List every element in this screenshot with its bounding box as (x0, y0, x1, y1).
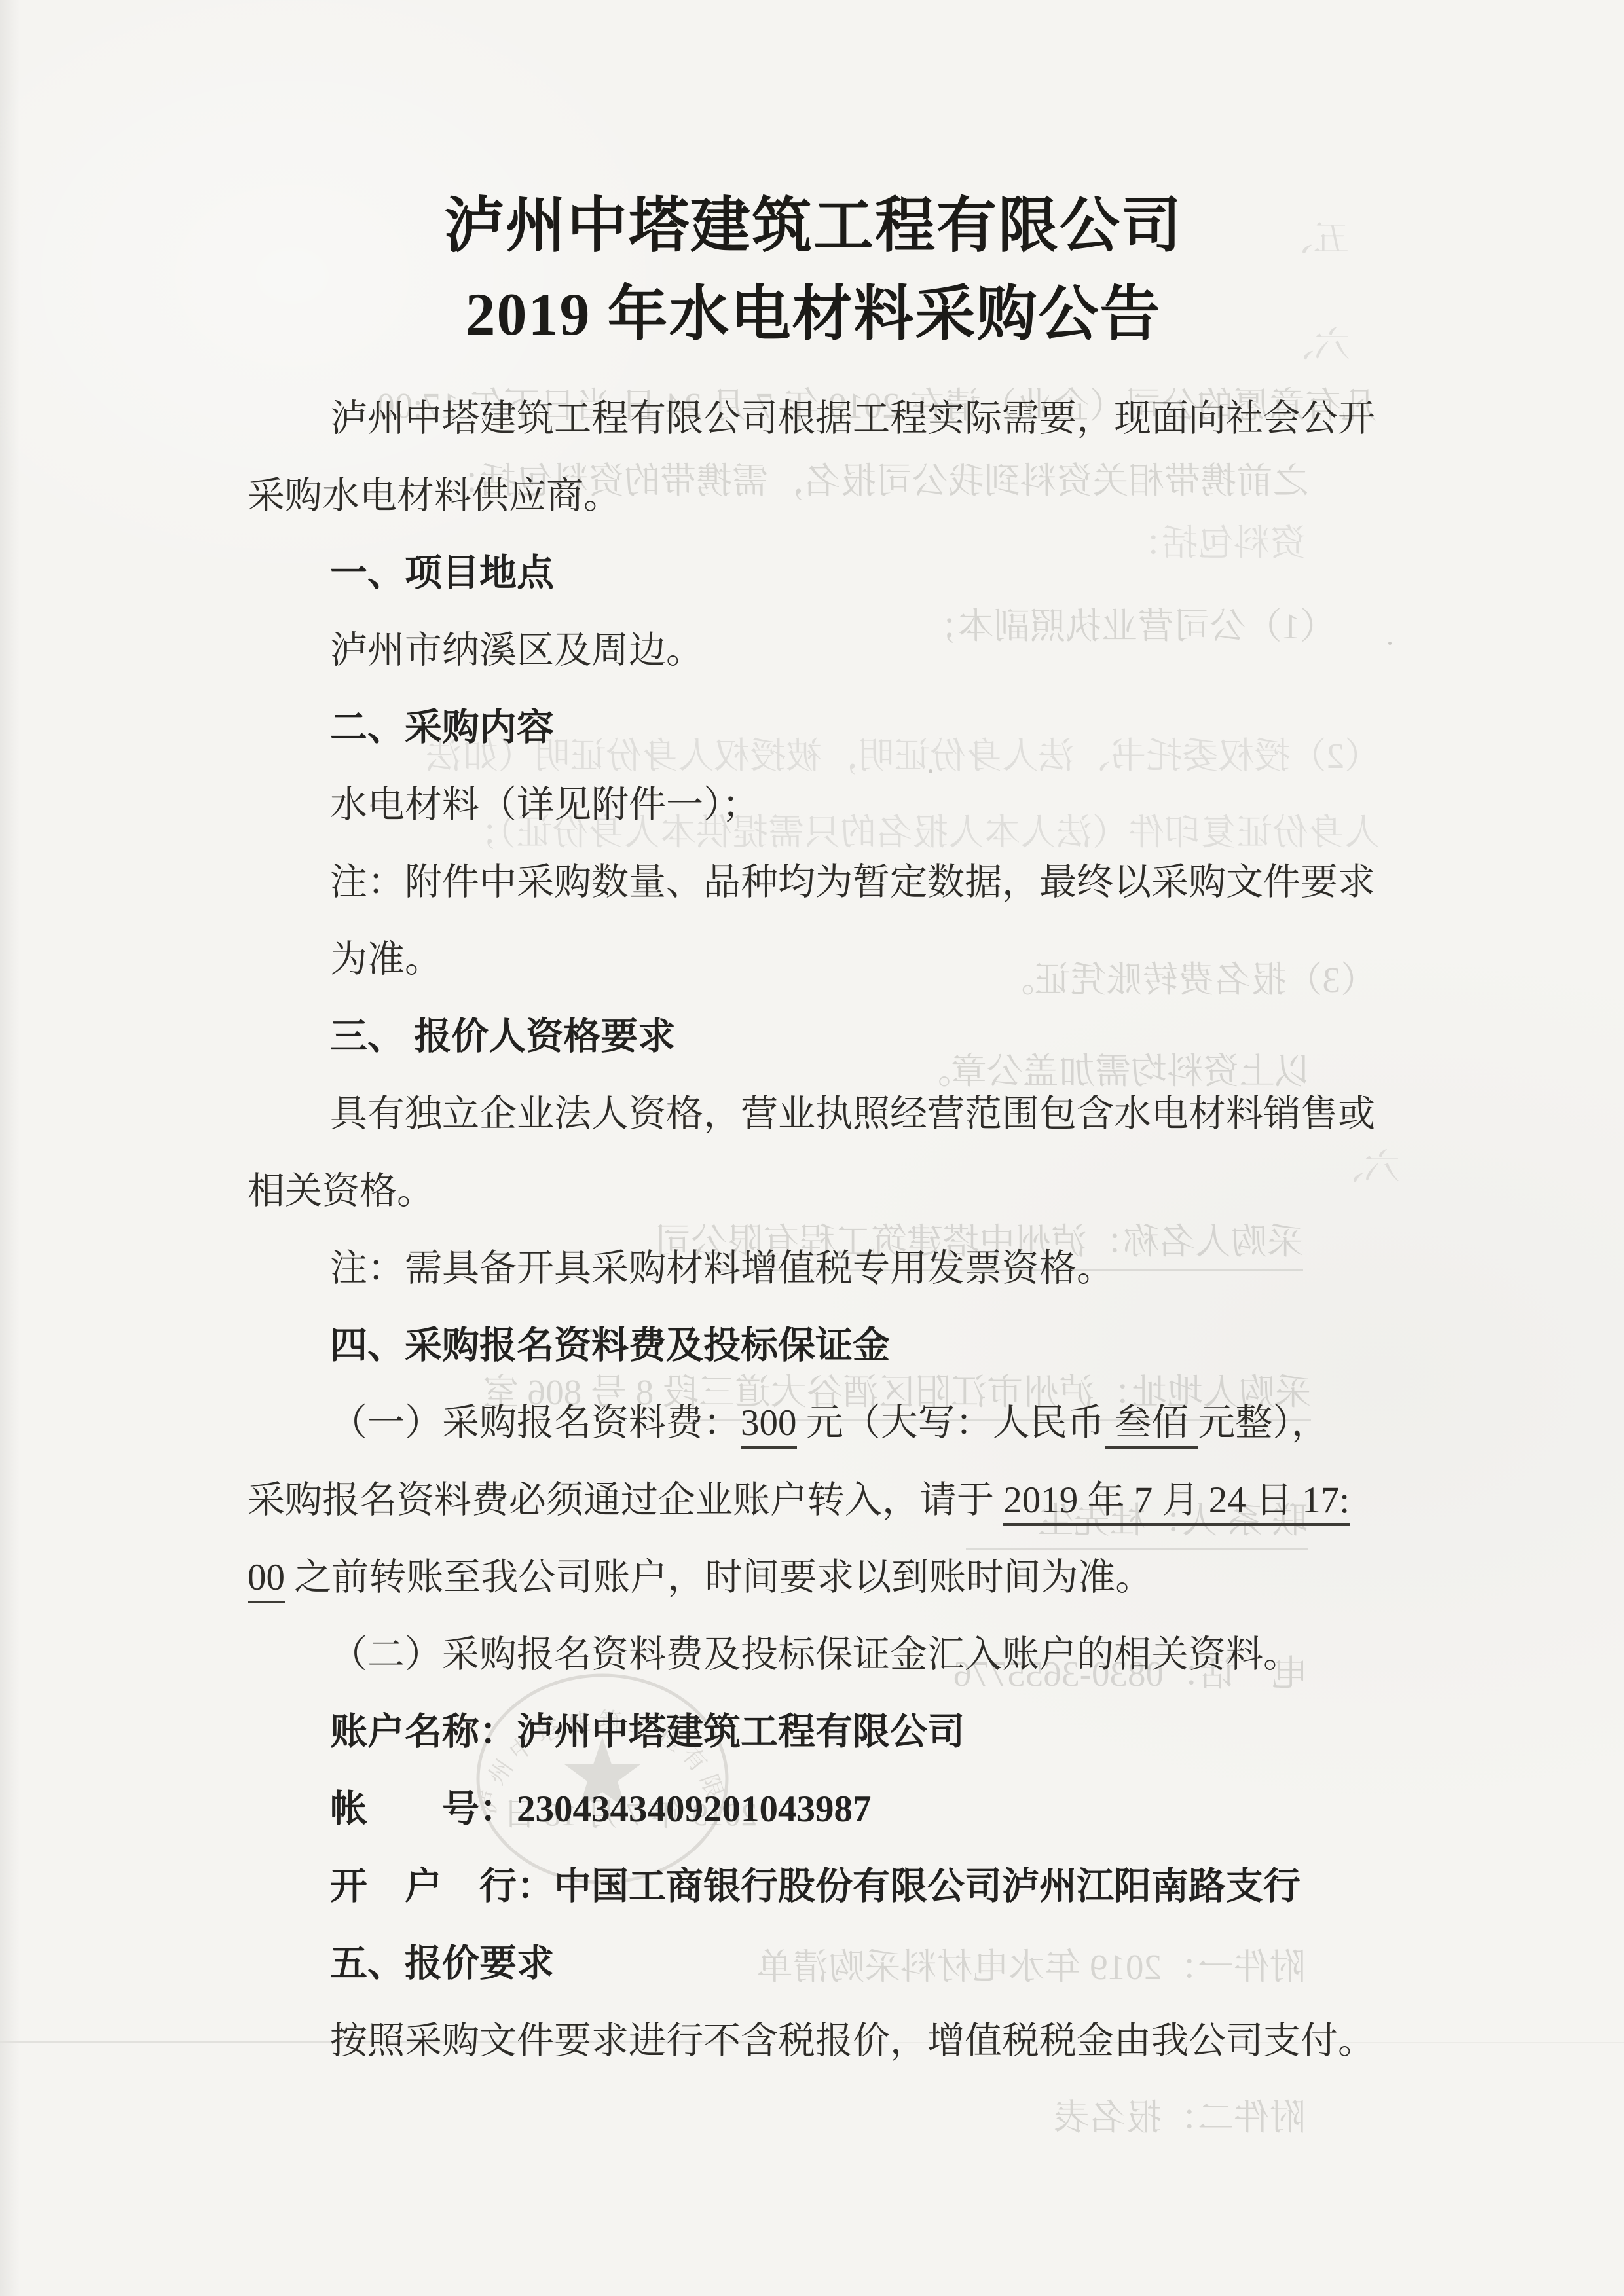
section-2-note-line1: 注：附件中采购数量、品种均为暂定数据，最终以采购文件要求 (248, 844, 1387, 921)
fee-amount-numeric: 300 (741, 1402, 797, 1449)
section-5-text: 按照采购文件要求进行不含税报价，增值税税金由我公司支付。 (248, 2003, 1387, 2080)
fee-amount-chinese: 叁佰 (1105, 1402, 1198, 1449)
document-body: 泸州中塔建筑工程有限公司根据工程实际需要，现面向社会公开 采购水电材料供应商。 … (248, 380, 1387, 2080)
section-4-item2: （二）采购报名资料费及投标保证金汇入账户的相关资料。 (248, 1616, 1387, 1694)
fee-line-mid: 元（大写：人民币 (797, 1402, 1105, 1444)
fee-line-pre: （一）采购报名资料费： (330, 1402, 741, 1444)
heading-section-1: 一、项目地点 (248, 535, 1387, 612)
section-3-note: 注：需具备开具采购材料增值税专用发票资格。 (248, 1230, 1387, 1307)
heading-section-5: 五、报价要求 (248, 1925, 1387, 2003)
section-3-text-line2: 相关资格。 (248, 1153, 1387, 1230)
bank-line: 开 户 行：中国工商银行股份有限公司泸州江阳南路支行 (248, 1848, 1387, 1925)
paragraph-intro-line2: 采购水电材料供应商。 (248, 458, 1387, 535)
transfer-line1-pre: 采购报名资料费必须通过企业账户转入，请于 (248, 1480, 1003, 1521)
bleed-through-line: 附件二：报名表 (1036, 2095, 1306, 2141)
heading-section-2: 二、采购内容 (248, 689, 1387, 767)
section-3-text-line1: 具有独立企业法人资格，营业执照经营范围包含水电材料销售或 (248, 1076, 1387, 1153)
paragraph-intro-line1: 泸州中塔建筑工程有限公司根据工程实际需要，现面向社会公开 (248, 380, 1387, 458)
document-title-company: 泸州中塔建筑工程有限公司 (248, 187, 1379, 265)
scan-edge-shadow (0, 0, 20, 2296)
transfer-deadline-tail: 00 (248, 1557, 285, 1603)
transfer-line2-post: 之前转账至我公司账户，时间要求以到账时间为准。 (285, 1557, 1153, 1598)
transfer-deadline: 2019 年 7 月 24 日 17: (1003, 1480, 1350, 1526)
fee-line-post: 元整）， (1198, 1402, 1329, 1444)
transfer-line2: 00 之前转账至我公司账户，时间要求以到账时间为准。 (248, 1539, 1387, 1616)
heading-section-3: 三、 报价人资格要求 (248, 998, 1387, 1076)
transfer-line1: 采购报名资料费必须通过企业账户转入，请于 2019 年 7 月 24 日 17: (248, 1462, 1387, 1539)
scanned-document-page: 五、 六、 凡有意愿的公司（企业）请在 2019 年 7 月 24 日 当日下午… (0, 0, 1624, 2296)
document-title-announcement: 2019 年水电材料采购公告 (248, 275, 1379, 354)
fee-line: （一）采购报名资料费：300 元（大写：人民币 叁佰 元整）， (248, 1385, 1387, 1462)
section-1-text: 泸州市纳溪区及周边。 (248, 612, 1387, 689)
dust-speck (1388, 642, 1392, 645)
section-2-note-line2: 为准。 (248, 921, 1387, 998)
section-2-text: 水电材料（详见附件一）； (248, 767, 1387, 844)
account-number-line: 帐 号：2304343409201043987 (248, 1771, 1387, 1848)
account-name-line: 账户名称：泸州中塔建筑工程有限公司 (248, 1694, 1387, 1771)
heading-section-4: 四、采购报名资料费及投标保证金 (248, 1307, 1387, 1385)
